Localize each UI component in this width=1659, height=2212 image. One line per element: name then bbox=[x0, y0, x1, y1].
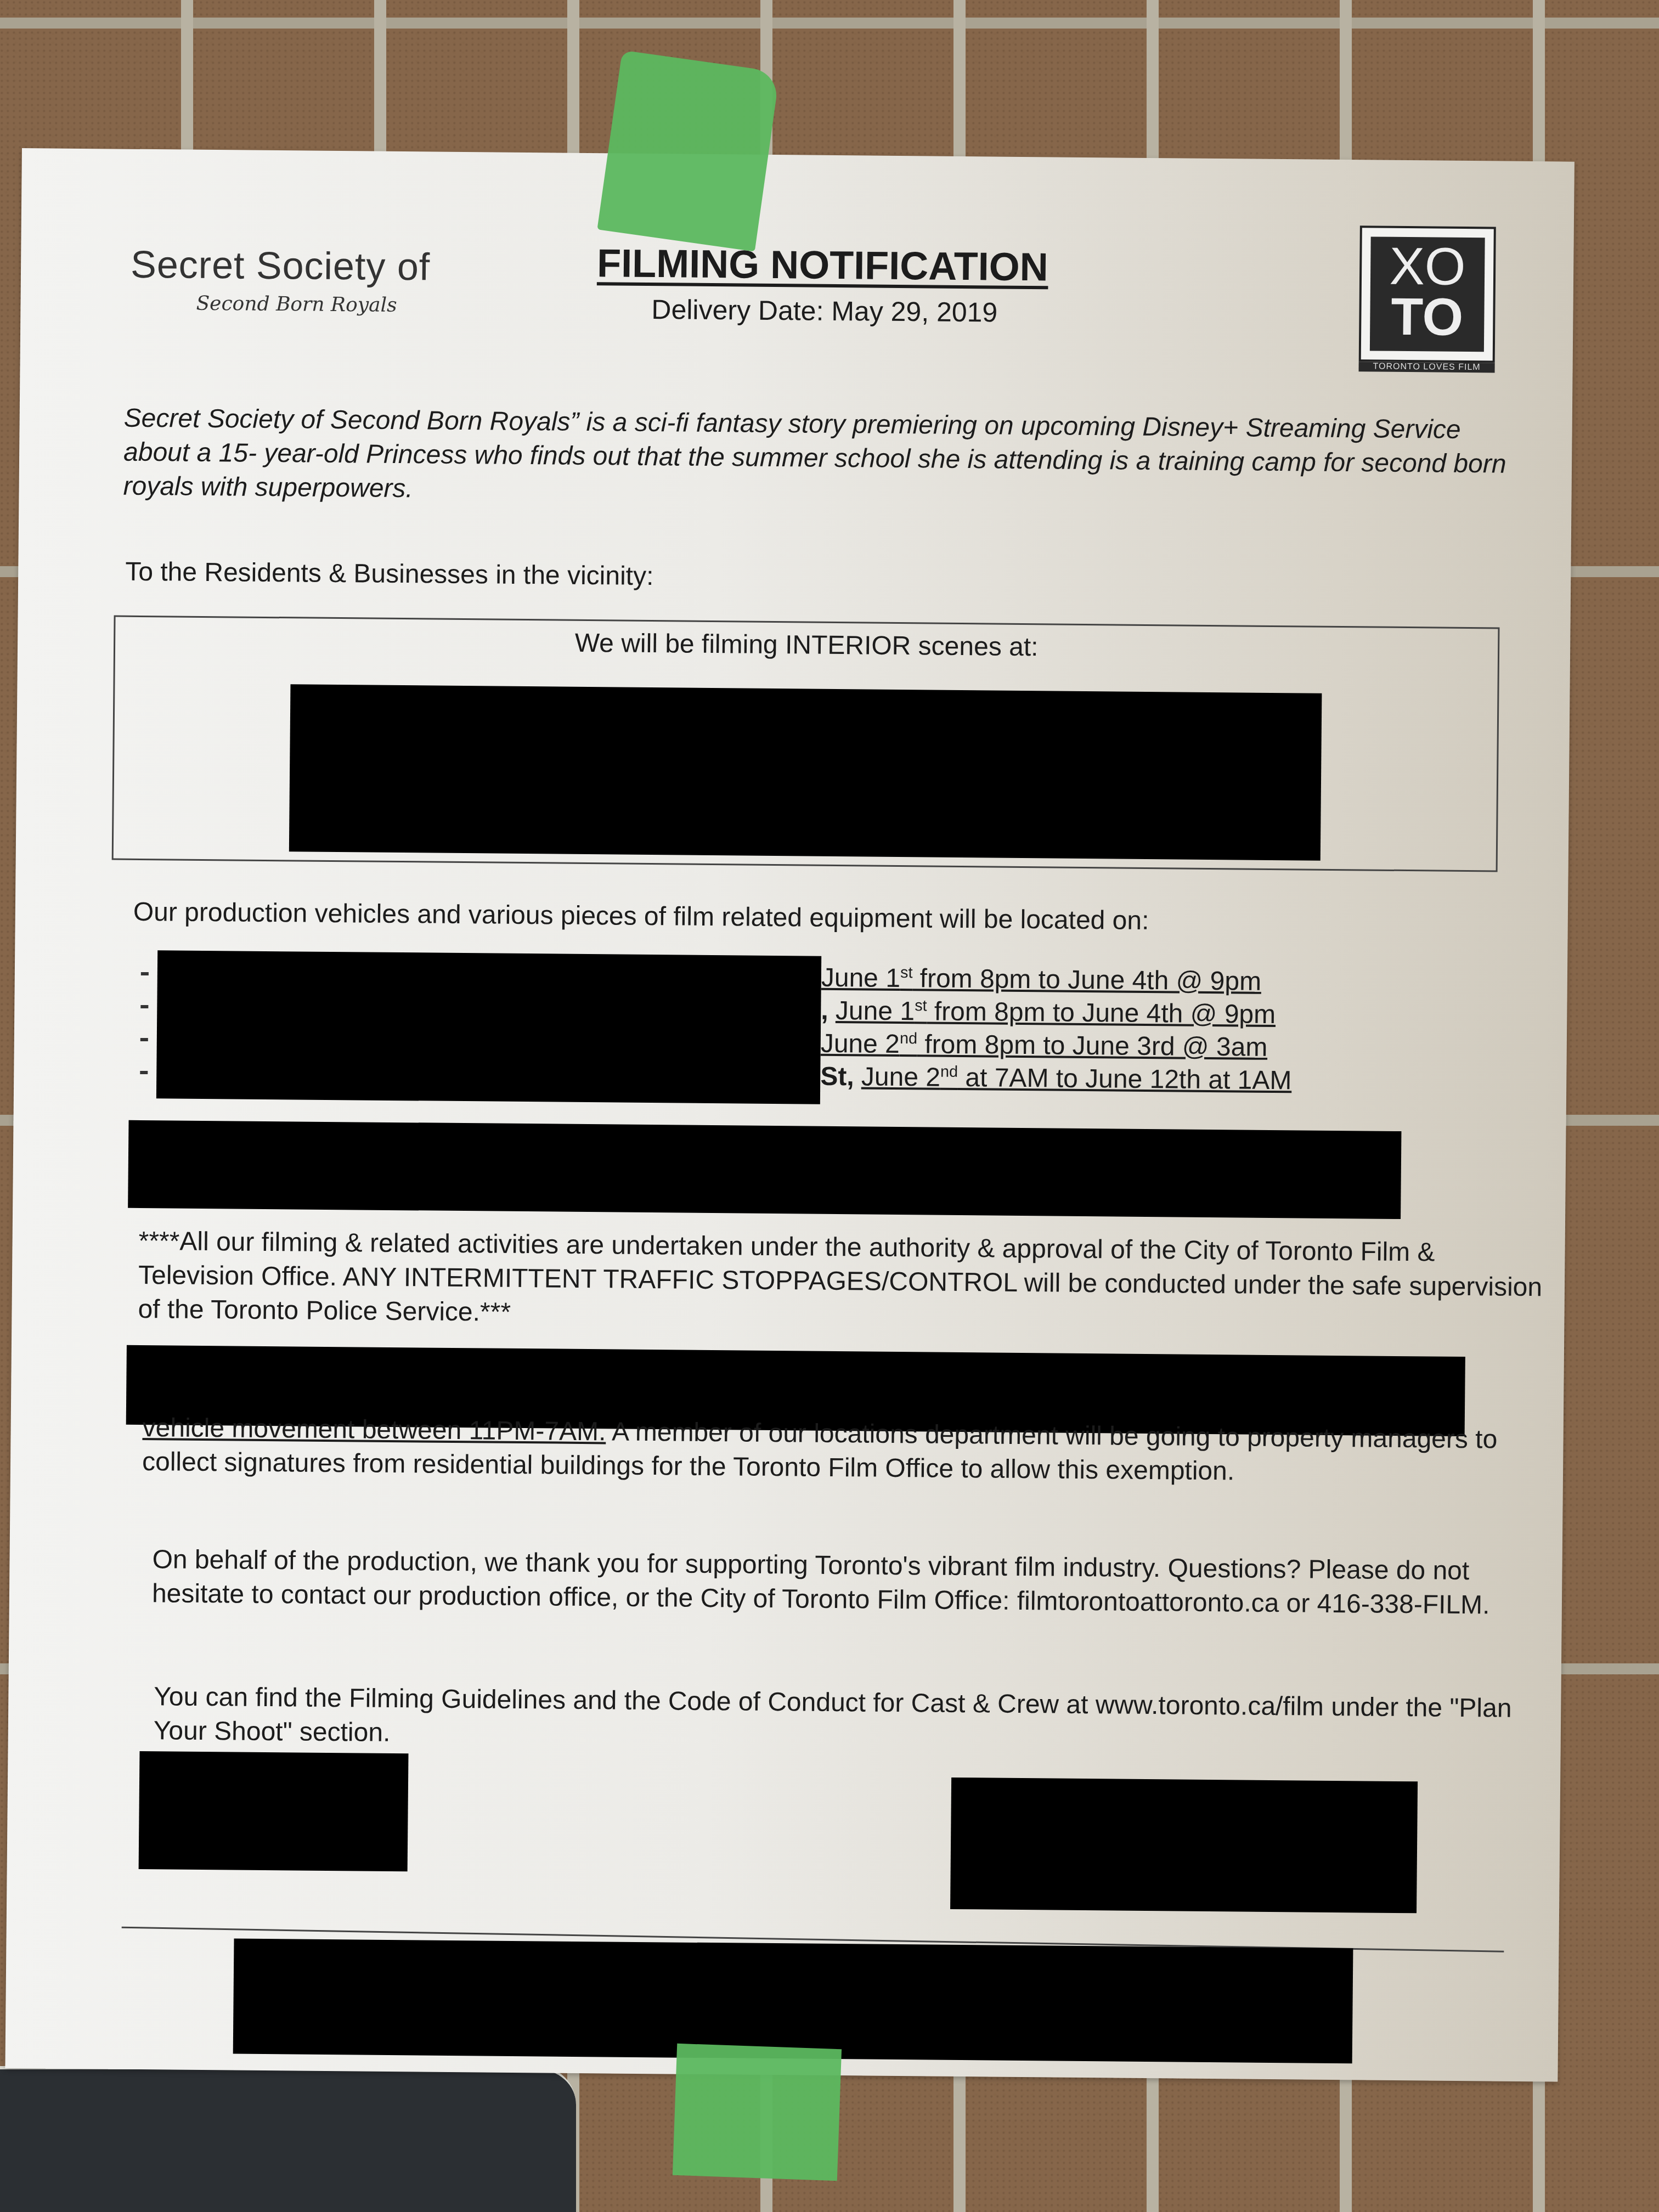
redacted-signature bbox=[139, 1751, 409, 1871]
dash bbox=[140, 1038, 148, 1041]
interior-heading: We will be filming INTERIOR scenes at: bbox=[115, 623, 1498, 669]
redacted-address bbox=[289, 684, 1322, 860]
production-name: Secret Society of bbox=[131, 242, 431, 289]
exemption-paragraph: vehicle movement between 11PM-7AM. A mem… bbox=[142, 1411, 1547, 1491]
thanks-paragraph: On behalf of the production, we thank yo… bbox=[152, 1543, 1557, 1623]
authority-notice: ****All our filming & related activities… bbox=[138, 1224, 1543, 1339]
green-tape-bottom bbox=[673, 2044, 842, 2181]
filming-notice-paper: Secret Society of Second Born Royals FIL… bbox=[5, 148, 1574, 2082]
logo-to: TO bbox=[1370, 291, 1485, 343]
vehicles-intro: Our production vehicles and various piec… bbox=[133, 895, 1149, 938]
guidelines-paragraph: You can find the Filming Guidelines and … bbox=[154, 1680, 1559, 1760]
xoto-logo: XO TO bbox=[1359, 225, 1496, 363]
logo-tagline: TORONTO LOVES FILM bbox=[1359, 362, 1495, 373]
dash bbox=[140, 1071, 148, 1074]
redacted-footer bbox=[233, 1938, 1353, 2063]
parking-schedule: June 1st from 8pm to June 4th @ 9pm , Ju… bbox=[140, 956, 1403, 1098]
production-name-script: Second Born Royals bbox=[196, 292, 397, 317]
logo-xo: XO bbox=[1370, 241, 1485, 292]
redacted-block bbox=[128, 1120, 1401, 1219]
redacted-contact bbox=[950, 1778, 1418, 1913]
dash bbox=[141, 972, 149, 975]
delivery-date: Delivery Date: May 29, 2019 bbox=[651, 294, 997, 329]
intro-paragraph: Secret Society of Second Born Royals” is… bbox=[123, 402, 1528, 516]
exemption-hours: vehicle movement between 11PM-7AM. bbox=[142, 1413, 606, 1446]
dash bbox=[140, 1005, 148, 1008]
interior-location-box: We will be filming INTERIOR scenes at: bbox=[112, 615, 1500, 872]
green-tape-top bbox=[597, 50, 780, 251]
salutation: To the Residents & Businesses in the vic… bbox=[125, 555, 654, 594]
page-title: FILMING NOTIFICATION bbox=[597, 241, 1048, 290]
trash-bin bbox=[0, 2066, 576, 2212]
